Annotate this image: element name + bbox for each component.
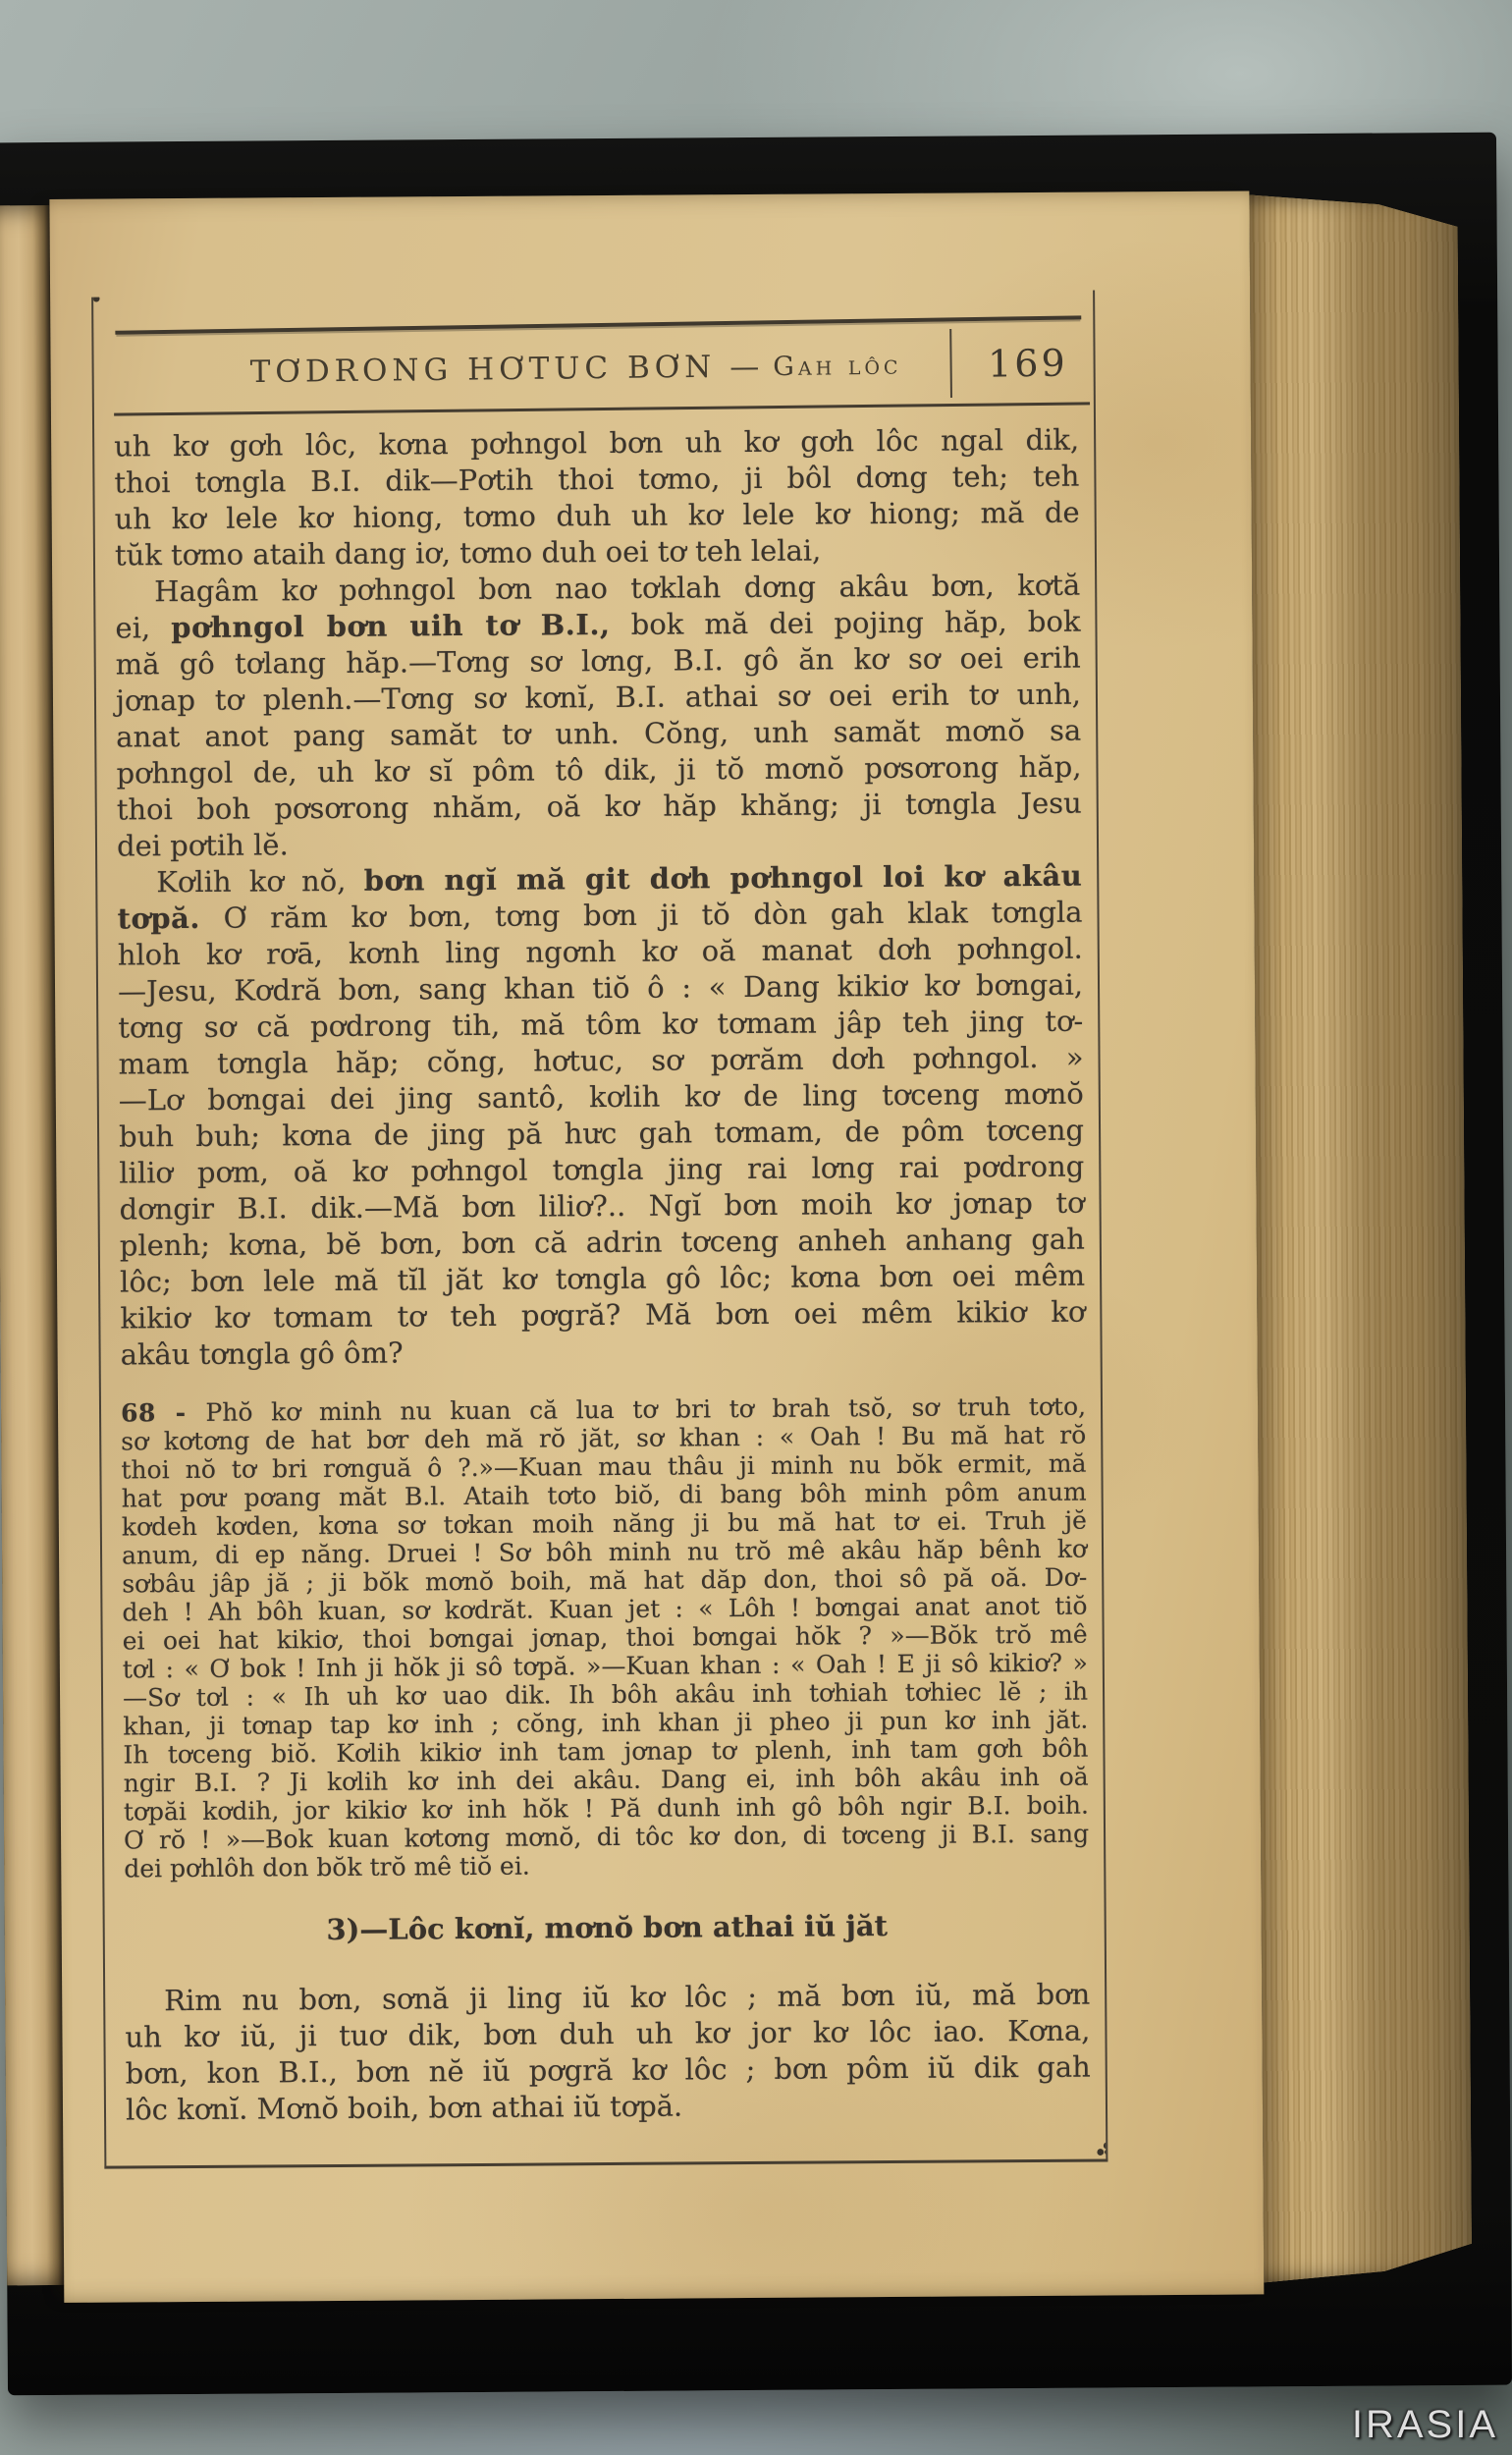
paragraph-2: Hagâm kơ pơhngol bơn nao tơklah dơng akâ… xyxy=(115,568,1082,865)
section-68: 68 - Phŏ kơ minh nu kuan că lua tơ bri t… xyxy=(121,1392,1089,1883)
text-frame: TƠDRONG HƠTUC BƠN — Gah lôc 169 uh kơ gơ… xyxy=(91,291,1107,2169)
text-line: thoi boh pơsơrong nhăm, oă kơ hăp khăng;… xyxy=(117,786,1082,829)
header-title-separator: — xyxy=(729,350,759,384)
header-title: TƠDRONG HƠTUC BƠN — Gah lôc xyxy=(113,325,923,412)
watermark: IRASIA xyxy=(1352,2403,1498,2447)
paragraph-3: Kơlih kơ nŏ, bơn ngĭ mă git dơh pơhngol … xyxy=(117,858,1086,1374)
corner-flower-icon xyxy=(91,291,107,303)
text-line: dei pơhlôh don bŏk trŏ mê tiŏ ei. xyxy=(124,1848,1089,1883)
book-page: TƠDRONG HƠTUC BƠN — Gah lôc 169 uh kơ gơ… xyxy=(49,191,1264,2302)
section-heading-3: 3)—Lôc kơnĭ, mơnŏ bơn athai iŭ jăt xyxy=(125,1908,1090,1948)
text-line: akâu tơngla gô ôm? xyxy=(121,1331,1086,1374)
scanned-book: TƠDRONG HƠTUC BƠN — Gah lôc 169 uh kơ gơ… xyxy=(0,133,1512,2396)
text-line: lôc kơnĭ. Mơnŏ boih, bơn athai iŭ tơpă. xyxy=(126,2086,1091,2129)
running-header: TƠDRONG HƠTUC BƠN — Gah lôc 169 xyxy=(113,323,1090,415)
paragraph-4: Rim nu bơn, sơnă ji ling iŭ kơ lôc ; mă … xyxy=(125,1977,1091,2129)
paragraph-1: uh kơ gơh lôc, kơna pơhngol bơn uh kơ gơ… xyxy=(114,422,1080,574)
text-line: kikiơ kơ tơmam tơ teh pơgră? Mă bơn oei … xyxy=(120,1294,1085,1337)
corner-flower-icon xyxy=(1096,2141,1107,2162)
text-line: bơn, kon B.I., bơn nĕ iŭ pơgră kơ lôc ; … xyxy=(126,2049,1091,2093)
header-divider-rule xyxy=(949,329,952,398)
header-title-main: TƠDRONG HƠTUC BƠN xyxy=(250,350,717,390)
body-text: uh kơ gơh lôc, kơna pơhngol bơn uh kơ gơ… xyxy=(93,291,1106,2129)
page-number: 169 xyxy=(988,324,1068,404)
text-line: uh kơ lele kơ hiong, tơmo duh uh kơ lele… xyxy=(115,495,1080,538)
page-fore-edge xyxy=(1249,193,1472,2282)
header-title-sub: Gah lôc xyxy=(773,350,902,381)
